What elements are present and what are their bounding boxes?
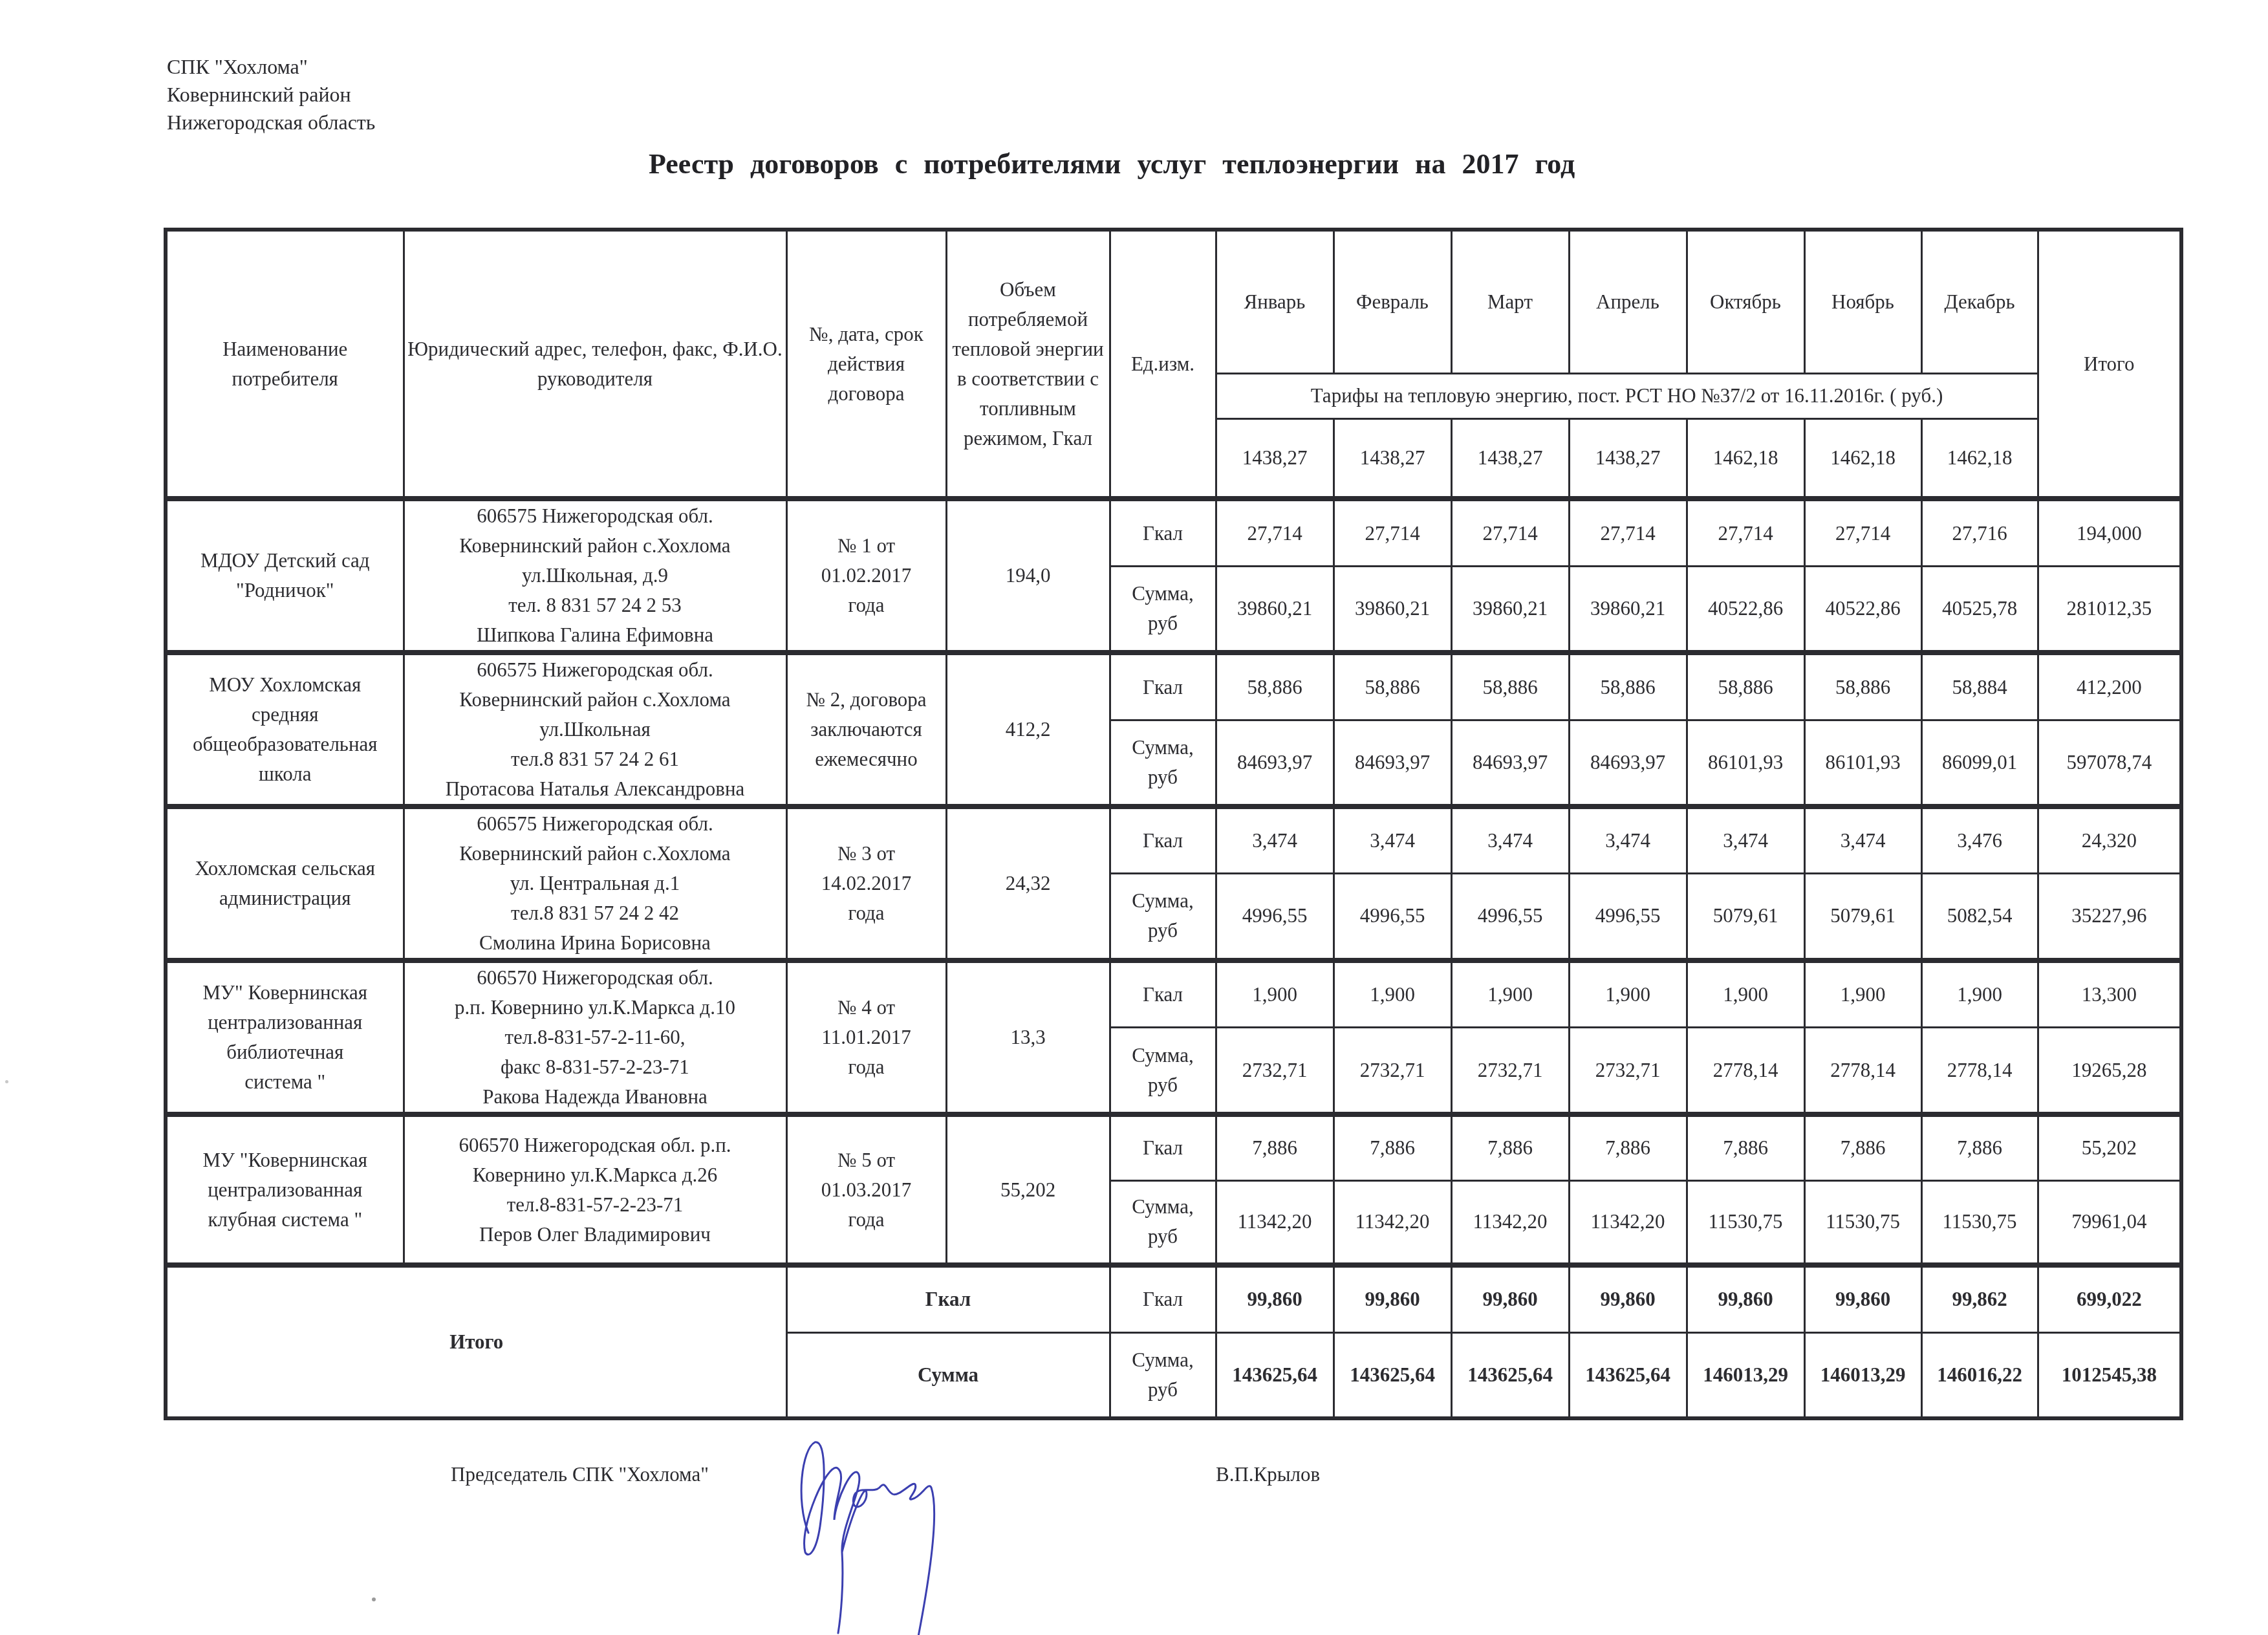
totals-gcal-month: 99,860 (1804, 1265, 1921, 1332)
totals-sum-label: Сумма (786, 1332, 1110, 1418)
gcal-month-value: 3,474 (1569, 807, 1687, 873)
sum-month-value: 2732,71 (1569, 1028, 1687, 1114)
sum-month-value: 5079,61 (1687, 873, 1804, 960)
tariff-value: 1438,27 (1569, 418, 1687, 499)
cell-line: руб (1114, 916, 1213, 946)
sum-month-value: 11530,75 (1804, 1180, 1921, 1265)
sum-month-value: 11530,75 (1687, 1180, 1804, 1265)
cell-line: Сумма, (1114, 733, 1213, 763)
consumer-row-gcal: МУ "Ковернинскаяцентрализованнаяклубная … (166, 1114, 2181, 1180)
totals-sum-month: 143625,64 (1569, 1332, 1687, 1418)
consumer-name: МУ" Ковернинскаяцентрализованнаябиблиоте… (166, 960, 404, 1114)
gcal-month-value: 7,886 (1451, 1114, 1569, 1180)
gcal-month-value: 27,714 (1451, 499, 1569, 567)
cell-line: Ковернинский район с.Хохлома (407, 839, 783, 869)
cell-line: руб (1114, 1222, 1213, 1251)
gcal-month-value: 1,900 (1921, 960, 2038, 1028)
cell-line: Ковернино ул.К.Маркса д.26 (407, 1160, 783, 1190)
gcal-row-total: 13,300 (2038, 960, 2181, 1028)
sum-month-value: 40522,86 (1687, 567, 1804, 653)
gcal-month-value: 3,474 (1216, 807, 1334, 873)
cell-line: Смолина Ирина Борисовна (407, 928, 783, 958)
cell-line: Ковернинский район с.Хохлома (407, 531, 783, 561)
gcal-month-value: 58,884 (1921, 653, 2038, 720)
sum-month-value: 11342,20 (1569, 1180, 1687, 1265)
consumer-address: 606575 Нижегородская обл.Ковернинский ра… (404, 499, 786, 653)
header-month: Март (1451, 230, 1569, 373)
cell-line: года (790, 1052, 943, 1082)
header-volume: Объем потребляемой тепловой энергии в со… (946, 230, 1110, 499)
gcal-month-value: 3,474 (1804, 807, 1921, 873)
signer-position: Председатель СПК "Хохлома" (451, 1463, 709, 1486)
totals-gcal-month: 99,860 (1451, 1265, 1569, 1332)
contract-info: № 5 от01.03.2017года (786, 1114, 946, 1265)
tariff-note: Тарифы на тепловую энергию, пост. РСТ НО… (1216, 373, 2038, 418)
gcal-month-value: 58,886 (1804, 653, 1921, 720)
totals-row-gcal: ИтогоГкалГкал99,86099,86099,86099,86099,… (166, 1265, 2181, 1332)
totals-gcal-label: Гкал (786, 1265, 1110, 1332)
cell-line: Сумма, (1114, 579, 1213, 609)
header-month: Апрель (1569, 230, 1687, 373)
sum-month-value: 84693,97 (1334, 720, 1451, 807)
unit-gcal: Гкал (1110, 1265, 1216, 1332)
cell-line: руб (1114, 763, 1213, 792)
cell-line: заключаются (790, 715, 943, 744)
volume-value: 13,3 (946, 960, 1110, 1114)
sum-month-value: 11530,75 (1921, 1180, 2038, 1265)
totals-gcal-grand: 699,022 (2038, 1265, 2181, 1332)
cell-line: система " (170, 1067, 400, 1097)
gcal-month-value: 7,886 (1687, 1114, 1804, 1180)
cell-line: Протасова Наталья Александровна (407, 774, 783, 804)
sum-row-total: 35227,96 (2038, 873, 2181, 960)
cell-line: р.п. Ковернино ул.К.Маркса д.10 (407, 993, 783, 1023)
cell-line: МОУ Хохломская (170, 670, 400, 700)
gcal-month-value: 7,886 (1216, 1114, 1334, 1180)
header-total: Итого (2038, 230, 2181, 499)
consumer-address: 606570 Нижегородская обл. р.п.Ковернино … (404, 1114, 786, 1265)
cell-line: "Родничок" (170, 576, 400, 605)
sum-month-value: 84693,97 (1216, 720, 1334, 807)
header-consumer: Наименование потребителя (166, 230, 404, 499)
unit-gcal: Гкал (1110, 807, 1216, 873)
gcal-row-total: 55,202 (2038, 1114, 2181, 1180)
cell-line: библиотечная (170, 1037, 400, 1067)
cell-line: Перов Олег Владимирович (407, 1220, 783, 1250)
gcal-month-value: 3,474 (1687, 807, 1804, 873)
organization-header: СПК "Хохлома" Ковернинский район Нижегор… (167, 53, 375, 136)
cell-line: клубная система " (170, 1205, 400, 1235)
totals-gcal-month: 99,860 (1687, 1265, 1804, 1332)
cell-line: тел. 8 831 57 24 2 53 (407, 590, 783, 620)
cell-line: руб (1114, 1070, 1213, 1100)
unit-sum: Сумма,руб (1110, 1028, 1216, 1114)
cell-line: Сумма, (1114, 1041, 1213, 1070)
consumer-row-gcal: МУ" Ковернинскаяцентрализованнаябиблиоте… (166, 960, 2181, 1028)
totals-sum-grand: 1012545,38 (2038, 1332, 2181, 1418)
gcal-month-value: 58,886 (1569, 653, 1687, 720)
sum-month-value: 4996,55 (1334, 873, 1451, 960)
cell-line: ул.Школьная, д.9 (407, 561, 783, 590)
sum-month-value: 39860,21 (1334, 567, 1451, 653)
consumer-row-gcal: МДОУ Детский сад"Родничок"606575 Нижегор… (166, 499, 2181, 567)
cell-line: тел.8 831 57 24 2 42 (407, 898, 783, 928)
volume-value: 24,32 (946, 807, 1110, 960)
contract-info: № 1 от01.02.2017года (786, 499, 946, 653)
consumer-row-gcal: МОУ Хохломскаясредняяобщеобразовательная… (166, 653, 2181, 720)
unit-gcal: Гкал (1110, 653, 1216, 720)
cell-line: 606570 Нижегородская обл. (407, 963, 783, 993)
org-region: Нижегородская область (167, 109, 375, 136)
cell-line: тел.8 831 57 24 2 61 (407, 744, 783, 774)
gcal-month-value: 3,476 (1921, 807, 2038, 873)
gcal-month-value: 1,900 (1687, 960, 1804, 1028)
sum-month-value: 4996,55 (1569, 873, 1687, 960)
sum-month-value: 86101,93 (1687, 720, 1804, 807)
gcal-month-value: 58,886 (1451, 653, 1569, 720)
header-unit: Ед.изм. (1110, 230, 1216, 499)
gcal-month-value: 58,886 (1687, 653, 1804, 720)
cell-line: 606575 Нижегородская обл. (407, 655, 783, 685)
cell-line: ул.Школьная (407, 715, 783, 744)
gcal-month-value: 27,714 (1216, 499, 1334, 567)
cell-line: тел.8-831-57-2-11-60, (407, 1023, 783, 1052)
cell-line: общеобразовательная (170, 730, 400, 759)
org-name: СПК "Хохлома" (167, 53, 375, 81)
consumer-row-gcal: Хохломская сельскаяадминистрация606575 Н… (166, 807, 2181, 873)
header-month: Декабрь (1921, 230, 2038, 373)
cell-line: средняя (170, 700, 400, 730)
consumer-address: 606570 Нижегородская обл.р.п. Ковернино … (404, 960, 786, 1114)
cell-line: № 4 от (790, 993, 943, 1023)
unit-sum: Сумма,руб (1110, 1180, 1216, 1265)
totals-sum-month: 143625,64 (1451, 1332, 1569, 1418)
sum-month-value: 4996,55 (1451, 873, 1569, 960)
sum-month-value: 40525,78 (1921, 567, 2038, 653)
gcal-month-value: 3,474 (1451, 807, 1569, 873)
consumer-name: МУ "Ковернинскаяцентрализованнаяклубная … (166, 1114, 404, 1265)
header-month: Ноябрь (1804, 230, 1921, 373)
cell-line: года (790, 898, 943, 928)
cell-line: тел.8-831-57-2-23-71 (407, 1190, 783, 1220)
cell-line: Ковернинский район с.Хохлома (407, 685, 783, 715)
sum-month-value: 39860,21 (1569, 567, 1687, 653)
contract-info: № 2, договоразаключаютсяежемесячно (786, 653, 946, 807)
unit-gcal: Гкал (1110, 960, 1216, 1028)
tariff-value: 1462,18 (1804, 418, 1921, 499)
scan-artifact (5, 1080, 8, 1083)
cell-line: МУ "Ковернинская (170, 1145, 400, 1175)
cell-line: № 1 от (790, 531, 943, 561)
consumer-address: 606575 Нижегородская обл.Ковернинский ра… (404, 653, 786, 807)
sum-month-value: 2778,14 (1921, 1028, 2038, 1114)
tariff-value: 1438,27 (1216, 418, 1334, 499)
gcal-month-value: 7,886 (1569, 1114, 1687, 1180)
cell-line: Сумма, (1114, 886, 1213, 916)
org-district: Ковернинский район (167, 81, 375, 109)
cell-line: № 3 от (790, 839, 943, 869)
gcal-month-value: 27,714 (1334, 499, 1451, 567)
tariff-value: 1462,18 (1687, 418, 1804, 499)
sum-row-total: 597078,74 (2038, 720, 2181, 807)
totals-gcal-month: 99,860 (1216, 1265, 1334, 1332)
cell-line: руб (1114, 1375, 1213, 1405)
gcal-month-value: 1,900 (1804, 960, 1921, 1028)
sum-month-value: 2778,14 (1687, 1028, 1804, 1114)
consumer-name: МДОУ Детский сад"Родничок" (166, 499, 404, 653)
header-address: Юридический адрес, телефон, факс, Ф.И.О.… (404, 230, 786, 499)
cell-line: № 2, договора (790, 685, 943, 715)
tariff-value: 1462,18 (1921, 418, 2038, 499)
cell-line: администрация (170, 883, 400, 913)
sum-month-value: 39860,21 (1216, 567, 1334, 653)
cell-line: руб (1114, 609, 1213, 638)
consumer-name: МОУ Хохломскаясредняяобщеобразовательная… (166, 653, 404, 807)
contracts-registry-table: Наименование потребителя Юридический адр… (164, 228, 2183, 1420)
contract-info: № 4 от11.01.2017года (786, 960, 946, 1114)
gcal-row-total: 412,200 (2038, 653, 2181, 720)
sum-month-value: 5082,54 (1921, 873, 2038, 960)
cell-line: 01.03.2017 (790, 1175, 943, 1205)
totals-sum-month: 143625,64 (1216, 1332, 1334, 1418)
document-title: Реестр договоров с потребителями услуг т… (649, 147, 1575, 180)
gcal-month-value: 7,886 (1804, 1114, 1921, 1180)
gcal-month-value: 1,900 (1451, 960, 1569, 1028)
totals-label: Итого (166, 1265, 786, 1418)
consumer-address: 606575 Нижегородская обл.Ковернинский ра… (404, 807, 786, 960)
sum-month-value: 84693,97 (1451, 720, 1569, 807)
gcal-month-value: 1,900 (1216, 960, 1334, 1028)
cell-line: 606570 Нижегородская обл. р.п. (407, 1131, 783, 1160)
cell-line: Сумма, (1114, 1345, 1213, 1375)
header-month: Февраль (1334, 230, 1451, 373)
sum-month-value: 2732,71 (1451, 1028, 1569, 1114)
cell-line: централизованная (170, 1008, 400, 1037)
gcal-month-value: 27,714 (1687, 499, 1804, 567)
cell-line: Сумма, (1114, 1192, 1213, 1222)
contract-info: № 3 от14.02.2017года (786, 807, 946, 960)
totals-sum-month: 143625,64 (1334, 1332, 1451, 1418)
cell-line: школа (170, 759, 400, 789)
gcal-month-value: 27,714 (1804, 499, 1921, 567)
totals-sum-month: 146013,29 (1804, 1332, 1921, 1418)
cell-line: года (790, 590, 943, 620)
gcal-month-value: 1,900 (1334, 960, 1451, 1028)
totals-sum-month: 146016,22 (1921, 1332, 2038, 1418)
cell-line: централизованная (170, 1175, 400, 1205)
volume-value: 194,0 (946, 499, 1110, 653)
cell-line: 14.02.2017 (790, 869, 943, 898)
totals-gcal-month: 99,862 (1921, 1265, 2038, 1332)
unit-sum: Сумма,руб (1110, 1332, 1216, 1418)
header-month: Январь (1216, 230, 1334, 373)
consumer-name: Хохломская сельскаяадминистрация (166, 807, 404, 960)
cell-line: 01.02.2017 (790, 561, 943, 590)
sum-month-value: 4996,55 (1216, 873, 1334, 960)
sum-month-value: 2778,14 (1804, 1028, 1921, 1114)
gcal-month-value: 7,886 (1921, 1114, 2038, 1180)
cell-line: ул. Центральная д.1 (407, 869, 783, 898)
sum-month-value: 86099,01 (1921, 720, 2038, 807)
cell-line: года (790, 1205, 943, 1235)
cell-line: Хохломская сельская (170, 854, 400, 883)
tariff-value: 1438,27 (1334, 418, 1451, 499)
cell-line: 606575 Нижегородская обл. (407, 501, 783, 531)
gcal-month-value: 58,886 (1216, 653, 1334, 720)
sum-month-value: 2732,71 (1334, 1028, 1451, 1114)
cell-line: МУ" Ковернинская (170, 978, 400, 1008)
cell-line: 11.01.2017 (790, 1023, 943, 1052)
tariff-value: 1438,27 (1451, 418, 1569, 499)
gcal-month-value: 27,716 (1921, 499, 2038, 567)
gcal-month-value: 3,474 (1334, 807, 1451, 873)
totals-sum-month: 146013,29 (1687, 1332, 1804, 1418)
cell-line: Ракова Надежда Ивановна (407, 1082, 783, 1112)
sum-month-value: 40522,86 (1804, 567, 1921, 653)
sum-month-value: 11342,20 (1216, 1180, 1334, 1265)
cell-line: ежемесячно (790, 744, 943, 774)
cell-line: Шипкова Галина Ефимовна (407, 620, 783, 650)
gcal-month-value: 1,900 (1569, 960, 1687, 1028)
sum-row-total: 79961,04 (2038, 1180, 2181, 1265)
header-row-months: Наименование потребителя Юридический адр… (166, 230, 2181, 373)
sum-month-value: 84693,97 (1569, 720, 1687, 807)
gcal-row-total: 24,320 (2038, 807, 2181, 873)
header-month: Октябрь (1687, 230, 1804, 373)
sum-month-value: 2732,71 (1216, 1028, 1334, 1114)
unit-sum: Сумма,руб (1110, 567, 1216, 653)
sum-month-value: 39860,21 (1451, 567, 1569, 653)
gcal-month-value: 58,886 (1334, 653, 1451, 720)
gcal-row-total: 194,000 (2038, 499, 2181, 567)
totals-gcal-month: 99,860 (1569, 1265, 1687, 1332)
unit-gcal: Гкал (1110, 1114, 1216, 1180)
totals-gcal-month: 99,860 (1334, 1265, 1451, 1332)
sum-month-value: 11342,20 (1334, 1180, 1451, 1265)
sum-month-value: 11342,20 (1451, 1180, 1569, 1265)
sum-month-value: 5079,61 (1804, 873, 1921, 960)
volume-value: 412,2 (946, 653, 1110, 807)
scan-artifact (372, 1597, 376, 1601)
volume-value: 55,202 (946, 1114, 1110, 1265)
gcal-month-value: 7,886 (1334, 1114, 1451, 1180)
unit-gcal: Гкал (1110, 499, 1216, 567)
signer-name: В.П.Крылов (1216, 1463, 1320, 1486)
header-contract: №, дата, срок действия договора (786, 230, 946, 499)
unit-sum: Сумма,руб (1110, 873, 1216, 960)
sum-row-total: 281012,35 (2038, 567, 2181, 653)
unit-sum: Сумма,руб (1110, 720, 1216, 807)
sum-row-total: 19265,28 (2038, 1028, 2181, 1114)
cell-line: № 5 от (790, 1145, 943, 1175)
sum-month-value: 86101,93 (1804, 720, 1921, 807)
gcal-month-value: 27,714 (1569, 499, 1687, 567)
cell-line: факс 8-831-57-2-23-71 (407, 1052, 783, 1082)
cell-line: МДОУ Детский сад (170, 546, 400, 576)
signature-image (783, 1423, 1041, 1635)
cell-line: 606575 Нижегородская обл. (407, 809, 783, 839)
